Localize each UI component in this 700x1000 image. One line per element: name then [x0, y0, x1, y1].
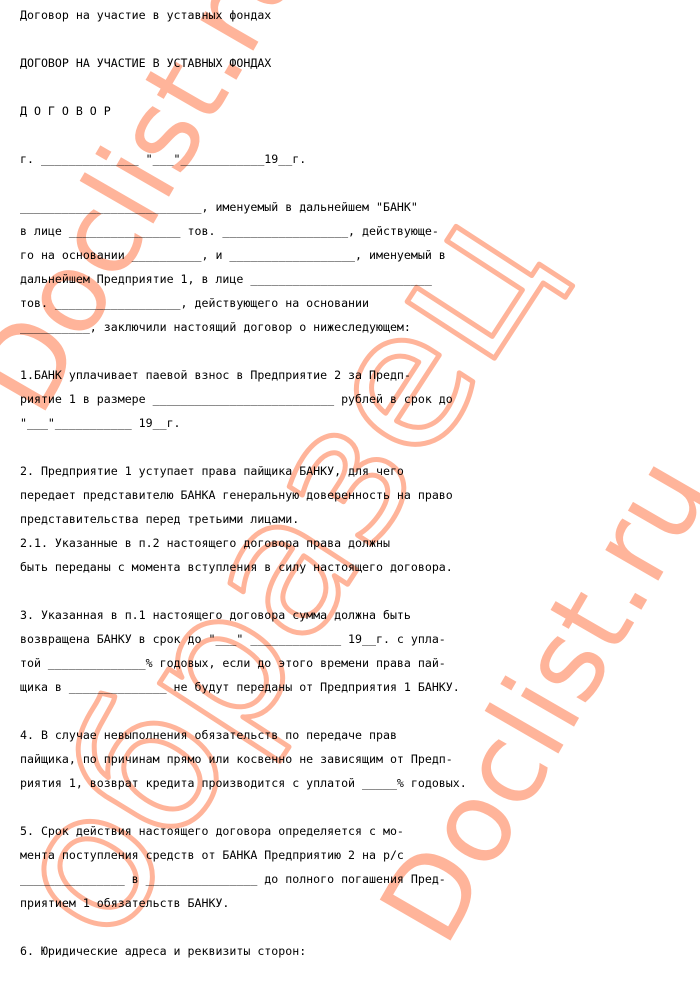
document-line: го на основании __________, и __________…	[20, 243, 690, 267]
document-line: мента поступления средств от БАНКА Предп…	[20, 843, 690, 867]
blank-line	[20, 339, 690, 363]
document-line: 3. Указанная в п.1 настоящего договора с…	[20, 603, 690, 627]
blank-line	[20, 75, 690, 99]
document-line: ДОГОВОР НА УЧАСТИЕ В УСТАВНЫХ ФОНДАХ	[20, 51, 690, 75]
document-line: представительства перед третьими лицами.	[20, 507, 690, 531]
document-line: 2.1. Указанные в п.2 настоящего договора…	[20, 531, 690, 555]
blank-line	[20, 579, 690, 603]
document-line: Договор на участие в уставных фондах	[20, 3, 690, 27]
blank-line	[20, 123, 690, 147]
document-line: риятие 1 в размере _____________________…	[20, 387, 690, 411]
document-body: Договор на участие в уставных фондахДОГО…	[20, 3, 690, 963]
document-line: передает представителю БАНКА генеральную…	[20, 483, 690, 507]
document-line: 6. Юридические адреса и реквизиты сторон…	[20, 939, 690, 963]
document-line: приятием 1 обязательств БАНКУ.	[20, 891, 690, 915]
document-line: __________, заключили настоящий договор …	[20, 315, 690, 339]
document-line: __________________________, именуемый в …	[20, 195, 690, 219]
document-line: в лице ________________ тов. ___________…	[20, 219, 690, 243]
document-line: тов. __________________, действующего на…	[20, 291, 690, 315]
document-line: быть переданы с момента вступления в сил…	[20, 555, 690, 579]
document-line: риятия 1, возврат кредита производится с…	[20, 771, 690, 795]
blank-line	[20, 915, 690, 939]
blank-line	[20, 27, 690, 51]
document-line: той ______________% годовых, если до это…	[20, 651, 690, 675]
blank-line	[20, 699, 690, 723]
document-line: г. ______________ "___"____________19__г…	[20, 147, 690, 171]
blank-line	[20, 171, 690, 195]
document-line: Д О Г О В О Р	[20, 99, 690, 123]
document-line: _______________ в ________________ до по…	[20, 867, 690, 891]
document-line: дальнейшем Предприятие 1, в лице _______…	[20, 267, 690, 291]
blank-line	[20, 435, 690, 459]
document-line: щика в ______________ не будут переданы …	[20, 675, 690, 699]
blank-line	[20, 795, 690, 819]
document-line: 2. Предприятие 1 уступает права пайщика …	[20, 459, 690, 483]
document-line: 4. В случае невыполнения обязательств по…	[20, 723, 690, 747]
document-line: 1.БАНК уплачивает паевой взнос в Предпри…	[20, 363, 690, 387]
document-line: 5. Срок действия настоящего договора опр…	[20, 819, 690, 843]
document-line: "___"___________ 19__г.	[20, 411, 690, 435]
document-line: возвращена БАНКУ в срок до "___" _______…	[20, 627, 690, 651]
document-line: пайщика, по причинам прямо или косвенно …	[20, 747, 690, 771]
